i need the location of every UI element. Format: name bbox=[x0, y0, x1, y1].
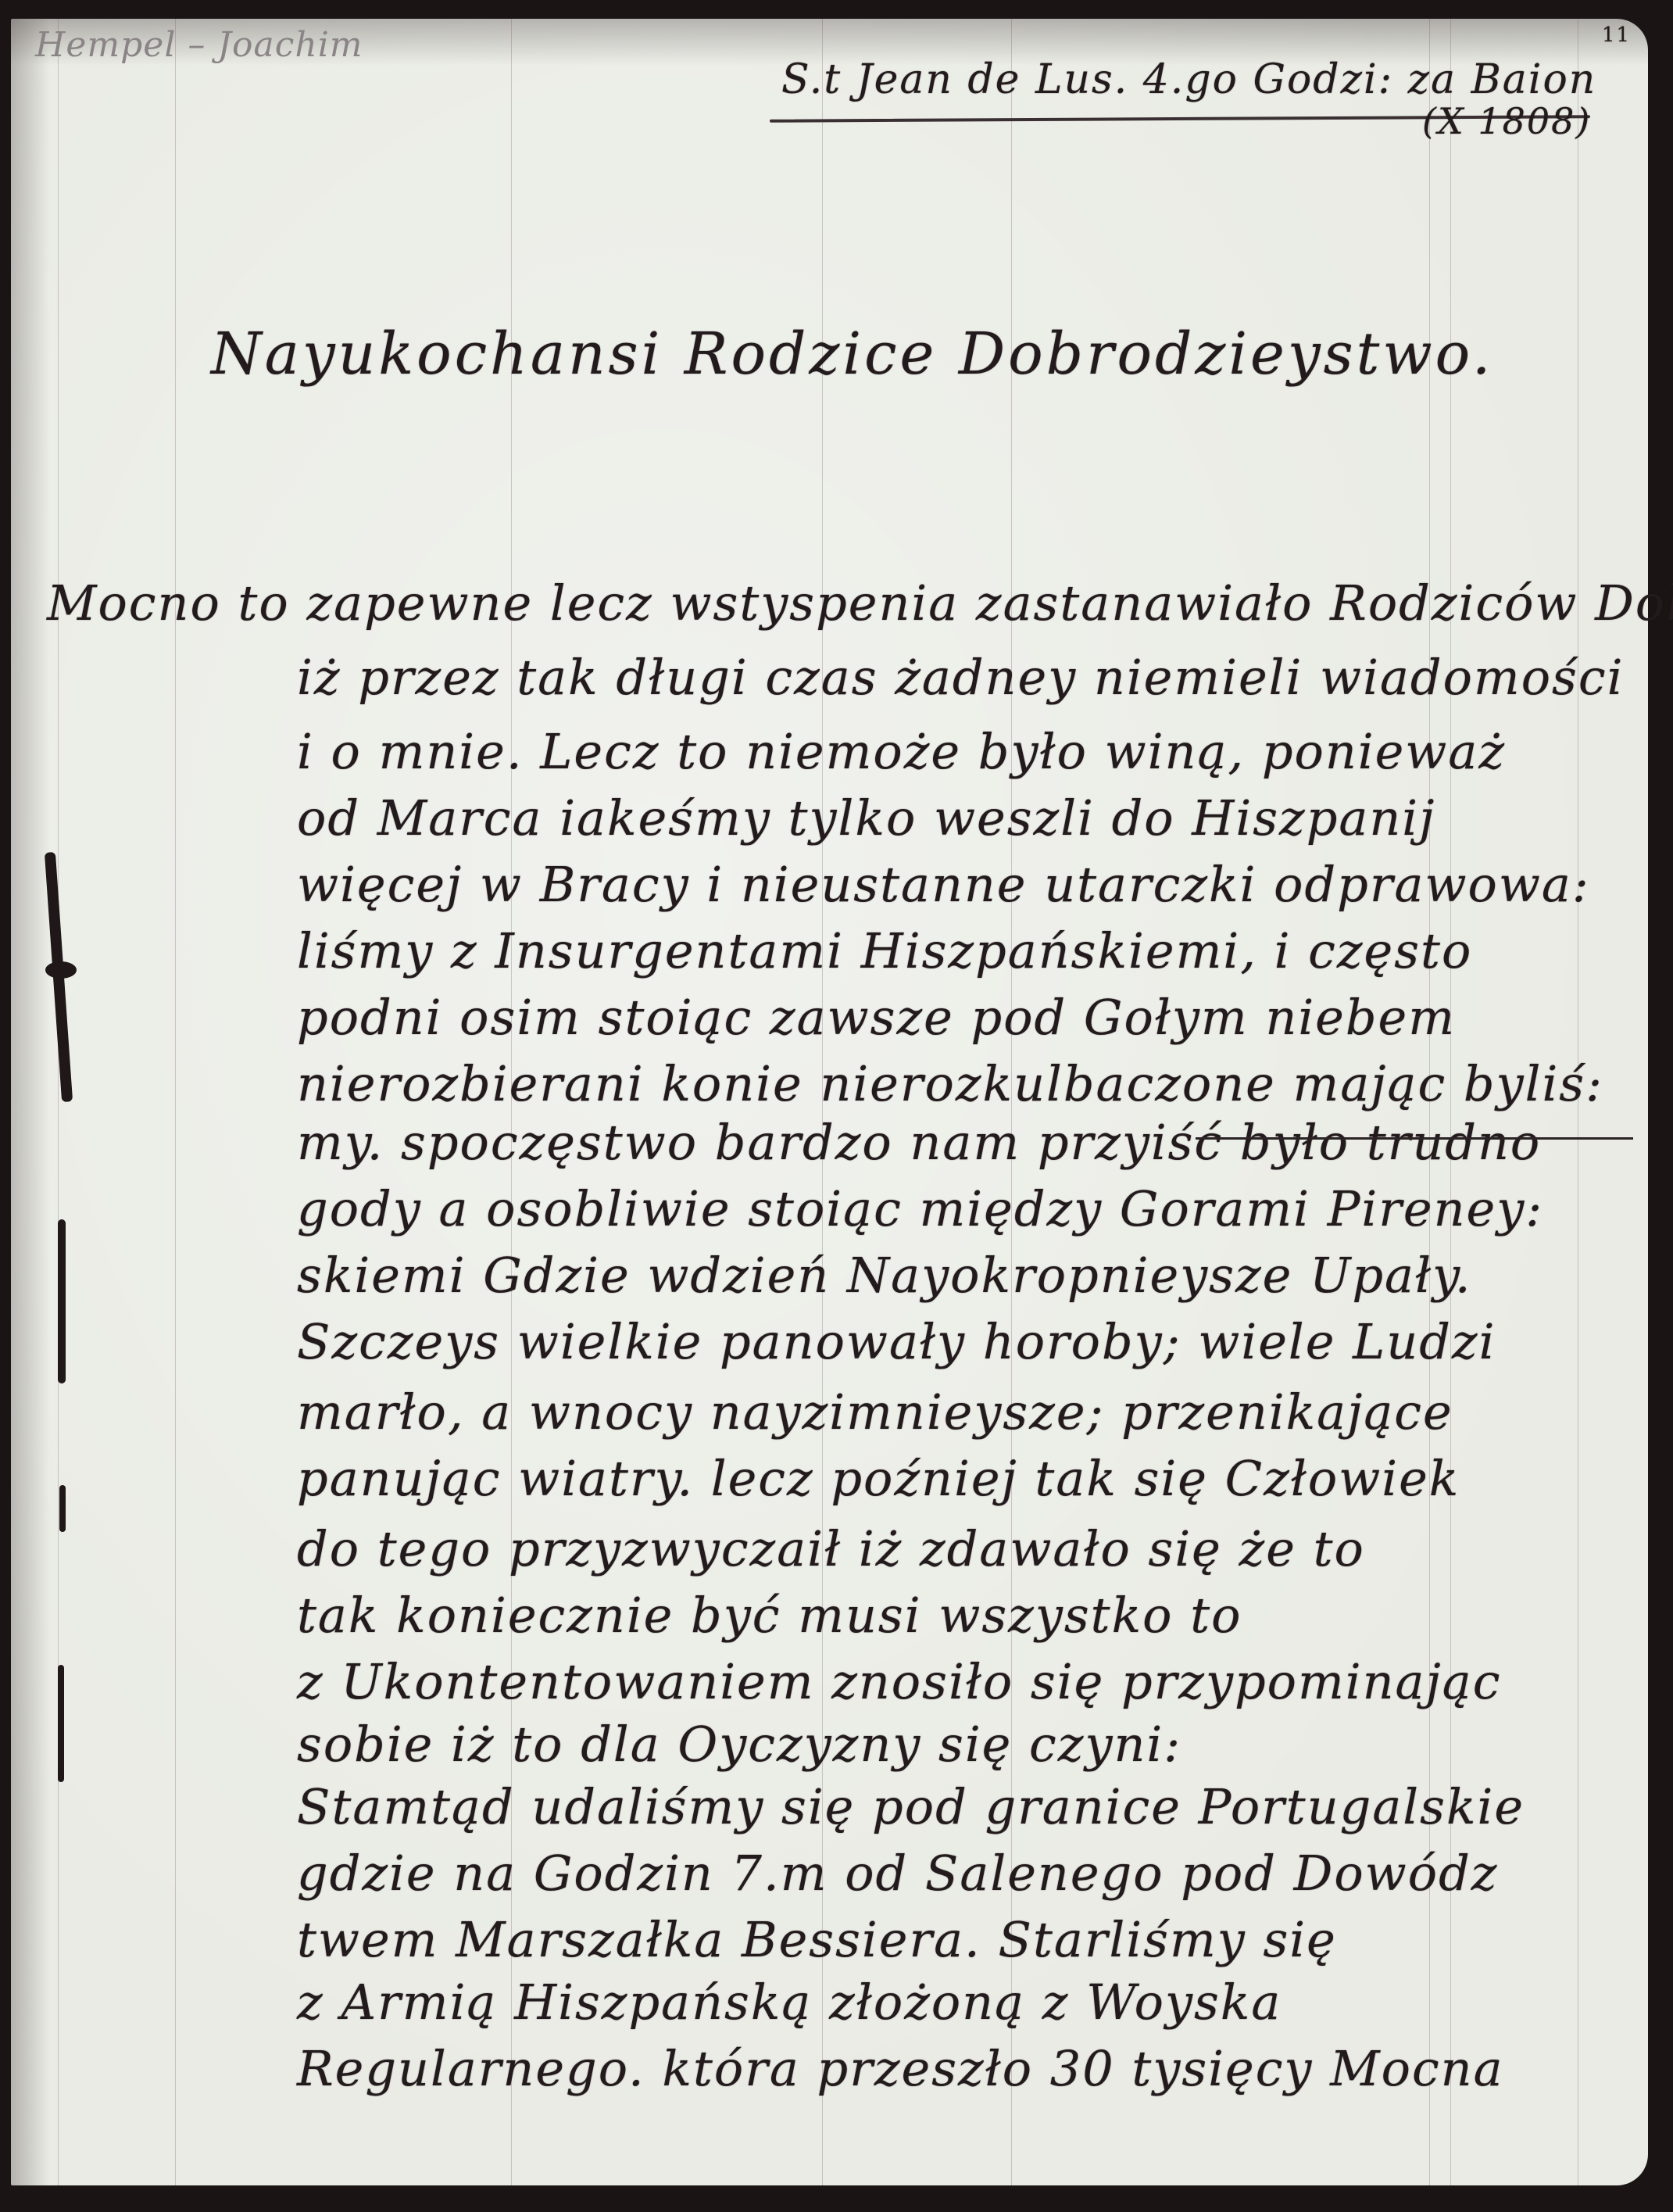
letter-line: Mocno to zapewne lecz wstyspenia zastana… bbox=[47, 574, 1673, 632]
letter-salutation: Nayukochansi Rodzice Dobrodzieystwo. bbox=[211, 320, 1493, 388]
letter-line: liśmy z Insurgentami Hiszpańskiemi, i cz… bbox=[297, 922, 1472, 979]
letter-line: Szczeys wielkie panowały horoby; wiele L… bbox=[297, 1313, 1496, 1370]
archive-note: Hempel – Joachim bbox=[35, 25, 363, 65]
letter-line: więcej w Bracy i nieustanne utarczki odp… bbox=[297, 856, 1590, 913]
letter-line: panując wiatry. lecz poźniej tak się Czł… bbox=[297, 1450, 1460, 1507]
letter-line: do tego przyzwyczaił iż zdawało się że t… bbox=[297, 1520, 1365, 1577]
letter-line: od Marca iakeśmy tylko weszli do Hiszpan… bbox=[297, 789, 1435, 847]
letter-line: twem Marszałka Bessiera. Starliśmy się bbox=[297, 1911, 1337, 1968]
letter-line: tak koniecznie być musi wszystko to bbox=[297, 1587, 1242, 1644]
letter-line: gody a osobliwie stoiąc między Gorami Pi… bbox=[297, 1180, 1543, 1237]
paper-rule bbox=[58, 19, 59, 2185]
letter-line: podni osim stoiąc zawsze pod Gołym niebe… bbox=[297, 989, 1456, 1046]
letter-line: z Ukontentowaniem znosiło się przypomina… bbox=[297, 1653, 1501, 1710]
page-number: 11 bbox=[1602, 23, 1631, 47]
letter-line: gdzie na Godzin 7.m od Salenego pod Dowó… bbox=[297, 1845, 1498, 1902]
strikethrough-line bbox=[1196, 1137, 1633, 1140]
letter-line: z Armią Hiszpańską złożoną z Woyska bbox=[297, 1974, 1282, 2031]
letter-line: skiemi Gdzie wdzień Nayokropnieysze Upał… bbox=[297, 1247, 1472, 1304]
ink-blot bbox=[45, 961, 77, 979]
letter-heading-place-date: S.t Jean de Lus. 4.go Godzi: za Baion bbox=[781, 56, 1596, 103]
letter-date-note: (X 1808) bbox=[1422, 100, 1591, 142]
ink-smear bbox=[58, 1219, 66, 1383]
letter-line: iż przez tak długi czas żadney niemieli … bbox=[297, 649, 1624, 706]
letter-line: marło, a wnocy nayzimnieysze; przenikają… bbox=[297, 1383, 1453, 1441]
letter-line: nierozbierani konie nierozkulbaczone maj… bbox=[297, 1055, 1603, 1112]
letter-line: my. spoczęstwo bardzo nam przyiść było t… bbox=[297, 1114, 1541, 1171]
ink-smear bbox=[58, 1665, 64, 1782]
paper-rule bbox=[175, 19, 176, 2185]
letter-line: sobie iż to dla Oyczyzny się czyni: bbox=[297, 1716, 1181, 1773]
letter-line: Regularnego. która przeszło 30 tysięcy M… bbox=[297, 2040, 1504, 2097]
letter-line: i o mnie. Lecz to niemoże było winą, pon… bbox=[297, 723, 1506, 780]
letter-line: Stamtąd udaliśmy się pod granice Portuga… bbox=[297, 1778, 1525, 1835]
ink-smear bbox=[59, 1485, 66, 1532]
